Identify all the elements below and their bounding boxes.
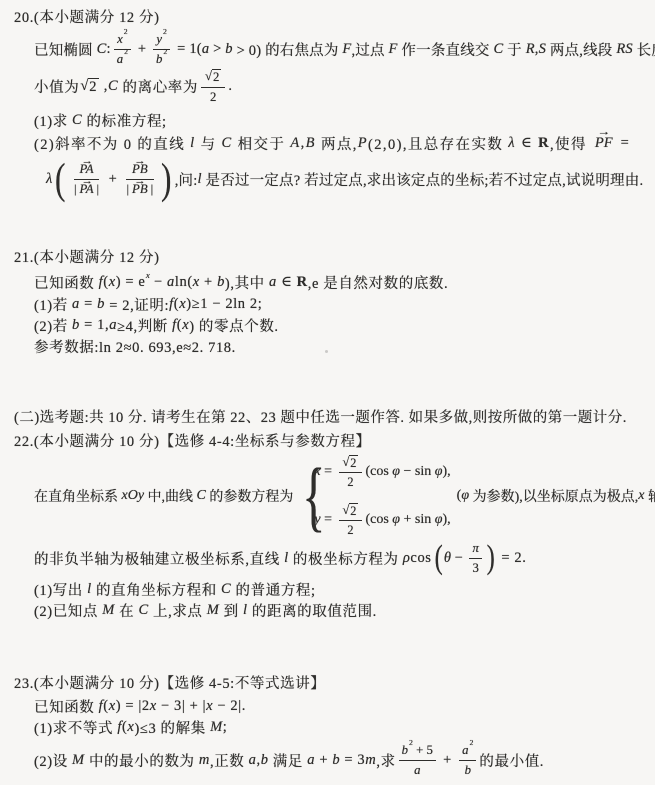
math-variable: C [221, 581, 231, 598]
fraction-denominator: 2 [207, 88, 219, 105]
text-run: 23.(本小题满分 10 分)【选修 4-5:不等式选讲】 [14, 672, 325, 693]
bold-math-symbol: R [538, 135, 550, 152]
text-run: 已知函数 [34, 696, 99, 717]
math-variable: C [493, 41, 503, 58]
math-variable: x [206, 698, 213, 715]
text-run: 20.(本小题满分 12 分) [14, 6, 160, 27]
fraction: π3 [469, 541, 481, 575]
fraction: x2a2 [114, 32, 131, 66]
vector-term: PA [80, 182, 94, 197]
text-run: 在 [115, 600, 139, 621]
parenthesized-group: (PA|PA| + PB|PB|) [53, 159, 173, 200]
text-run: + 5 [413, 743, 433, 758]
text-run: 的极坐标方程为 [289, 548, 403, 569]
text-run: 小值为 [34, 76, 79, 97]
text-run: (1)求不等式 [34, 717, 117, 738]
text-run: 满足 [269, 750, 308, 771]
text-run: 两点, [316, 133, 358, 154]
math-variable: xOy [122, 488, 145, 504]
text-run: 长度的最 [633, 39, 655, 60]
big-paren-icon: ( [434, 542, 442, 574]
fraction: √22 [339, 503, 363, 537]
problem-20-statement-line-1: 已知椭圆 C:x2a2 + y2b2 = 1(a > b > 0) 的右焦点为 … [34, 31, 650, 67]
text-run: 3 [472, 561, 478, 576]
parenthesized-group: (θ − π3) [433, 541, 497, 575]
text-run: (2)斜率不为 0 的直线 [34, 133, 190, 154]
math-variable: φ [461, 488, 469, 504]
fraction: a2b [459, 743, 476, 777]
superscript: 2 [163, 28, 167, 37]
fraction-denominator: 3 [469, 559, 481, 576]
math-variable: φ [435, 512, 443, 528]
text-run: = [80, 296, 97, 313]
math-variable: a [202, 41, 209, 58]
math-variable: a [167, 274, 175, 291]
text-run: 2 [347, 475, 353, 489]
text-run: ,e 是自然对数的底数. [308, 272, 449, 293]
math-variable: B [306, 135, 316, 152]
text-run: 的非负半轴为极轴建立极坐标系,直线 [34, 548, 284, 569]
fraction: PA|PA| [71, 162, 102, 196]
math-variable: M [207, 602, 220, 619]
vector-term: PA [80, 162, 94, 177]
text-run: 的距离的取值范围. [248, 600, 377, 621]
text-run: 21.(本小题满分 12 分) [14, 246, 160, 267]
text-run: )≥1 − 2ln 2; [186, 296, 262, 313]
text-run: 已知函数 [34, 272, 99, 293]
problem-22: 22.(本小题满分 10 分)【选修 4-4:坐标系与参数方程】在直角坐标系 x… [14, 430, 650, 621]
scan-speck [325, 350, 328, 353]
superscript: 2 [163, 48, 167, 57]
fraction-numerator: √2 [201, 69, 225, 88]
problem-21: 21.(本小题满分 12 分)已知函数 f(x) = ex − aln(x + … [14, 246, 650, 357]
fraction-numerator: y2 [153, 32, 170, 50]
text-run: − 2|. [213, 698, 246, 715]
text-run: )≤3 的解集 [134, 717, 210, 738]
cases-row: y = √22(cos φ + sin φ), [314, 503, 450, 537]
math-variable: y [156, 32, 162, 47]
text-run: (cos [365, 512, 392, 528]
text-run: = 1, [80, 317, 109, 334]
radical-sign-icon: √ [80, 78, 88, 95]
text-run: 为参数),以坐标原点为极点, [469, 486, 638, 506]
fraction-numerator: a2 [459, 743, 476, 761]
text-run: (2)若 [34, 315, 72, 336]
power-term: b2 [402, 743, 413, 758]
text-run: 上,求点 [149, 600, 207, 621]
fraction: √22 [201, 69, 225, 104]
fraction-denominator: 2 [344, 473, 356, 489]
text-run: + [105, 171, 120, 188]
math-variable: λ [46, 171, 52, 188]
math-variable: b [156, 52, 162, 67]
text-run: e [138, 274, 144, 291]
math-variable: C [97, 41, 107, 58]
big-paren-icon: ) [161, 159, 171, 200]
big-paren-icon: ) [486, 542, 494, 574]
math-variable: RS [616, 41, 633, 58]
math-variable: π [472, 541, 478, 556]
fraction-numerator: b2 + 5 [399, 743, 436, 761]
radicand: 2 [212, 69, 221, 85]
math-variable: b [332, 752, 340, 769]
problem-20-part-2: (2)斜率不为 0 的直线 l 与 C 相交于 A,B 两点,P(2,0),且总… [34, 131, 650, 155]
text-run: | [74, 182, 77, 197]
text-run: ∈ [277, 274, 297, 291]
problem-21-part-1: (1)若 a = b = 2,证明:f(x)≥1 − 2ln 2; [34, 294, 650, 315]
text-run: + [200, 274, 217, 291]
text-run: 2 [347, 523, 353, 537]
power-term: x2 [117, 32, 128, 47]
math-variable: m [365, 752, 376, 769]
text-run: ∈ [516, 135, 538, 152]
text-run: 22.(本小题满分 10 分)【选修 4-4:坐标系与参数方程】 [14, 430, 371, 451]
fraction-numerator: √2 [339, 503, 363, 521]
text-run: (2,0),且总存在实数 [368, 133, 508, 154]
math-variable: θ [444, 550, 451, 567]
exam-paper-page: 20.(本小题满分 12 分)已知椭圆 C:x2a2 + y2b2 = 1(a … [0, 0, 655, 785]
math-variable: F [389, 41, 398, 58]
math-variable: m [199, 752, 210, 769]
fraction-denominator: |PB| [123, 180, 156, 197]
fraction: PB|PB| [123, 162, 156, 196]
problem-20: 20.(本小题满分 12 分)已知椭圆 C:x2a2 + y2b2 = 1(a … [14, 6, 650, 201]
text-run: > [209, 41, 225, 58]
math-variable: b [402, 743, 408, 758]
math-variable: x [109, 698, 116, 715]
text-run: 的普通方程; [231, 579, 315, 600]
text-run: ,正数 [210, 750, 249, 771]
cases-system: {x = √22(cos φ − sin φ),y = √22(cos φ + … [299, 455, 450, 537]
text-run: 到 [219, 600, 243, 621]
text-run: ,求 [376, 750, 395, 771]
problem-20-part-1: (1)求 C 的标准方程; [34, 110, 650, 131]
text-run: 于 [503, 39, 525, 60]
cases-rows: x = √22(cos φ − sin φ),y = √22(cos φ + s… [314, 455, 450, 537]
math-variable: C [138, 602, 148, 619]
power-term: y2 [156, 32, 167, 47]
fraction-denominator: a [411, 761, 423, 778]
superscript: 2 [124, 28, 128, 37]
text-run: + [439, 752, 456, 769]
problem-21-reference-data: 参考数据:ln 2≈0. 693,e≈2. 718. [34, 336, 650, 357]
cases-brace-icon: { [303, 457, 326, 535]
text-run: 参考数据:ln 2≈0. 693,e≈2. 718. [34, 336, 236, 357]
radical-sign-icon: √ [343, 455, 350, 469]
text-run: ) 的零点个数. [189, 315, 278, 336]
problem-23-part-2: (2)设 M 中的最小的数为 m,正数 a,b 满足 a + b = 3m,求b… [34, 740, 650, 780]
math-variable: b [72, 317, 80, 334]
math-variable: M [210, 719, 223, 736]
fraction-denominator: a2 [114, 50, 131, 67]
radicand: 2 [349, 503, 358, 518]
cases-row: x = √22(cos φ − sin φ), [314, 455, 450, 489]
math-variable: C [197, 488, 206, 504]
text-run: + sin [400, 512, 435, 528]
math-variable: λ [508, 135, 516, 152]
section-2-instructions-line: (二)选考题:共 10 分. 请考生在第 22、23 题中任选一题作答. 如果多… [14, 406, 650, 427]
text-run: 的参数方程为 [206, 486, 294, 506]
text-run: = 2. [497, 550, 526, 567]
text-run: (2)已知点 [34, 600, 102, 621]
math-variable: A [290, 135, 300, 152]
text-run: . [228, 78, 232, 95]
fraction-numerator: x2 [114, 32, 131, 50]
problem-22-part-2: (2)已知点 M 在 C 上,求点 M 到 l 的距离的取值范围. [34, 600, 650, 621]
text-run: (二)选考题:共 10 分. 请考生在第 22、23 题中任选一题作答. 如果多… [14, 406, 627, 427]
text-run: : [107, 41, 111, 58]
fraction: b2 + 5a [399, 743, 436, 777]
math-variable: x [109, 274, 116, 291]
superscript: x [146, 270, 150, 280]
text-run: 中,曲线 [144, 486, 197, 506]
vector-term: PB [132, 162, 148, 177]
math-variable: φ [435, 464, 443, 480]
math-variable: φ [392, 464, 400, 480]
radicand: 2 [349, 455, 358, 470]
problem-22-heading: 22.(本小题满分 10 分)【选修 4-4:坐标系与参数方程】 [14, 430, 650, 451]
text-run: ; [223, 719, 228, 736]
math-variable: C [222, 135, 233, 152]
text-run: > 0) 的右焦点为 [233, 39, 343, 60]
fraction: √22 [339, 455, 363, 489]
problem-22-part-1: (1)写出 l 的直角坐标方程和 C 的普通方程; [34, 579, 650, 600]
text-run: 两点,线段 [546, 39, 616, 60]
problem-23-statement: 已知函数 f(x) = |2x − 3| + |x − 2|. [34, 695, 650, 717]
math-variable: b [225, 41, 232, 58]
text-run: (1)求 [34, 110, 72, 131]
fraction-numerator: π [469, 541, 481, 559]
problem-21-statement: 已知函数 f(x) = ex − aln(x + b),其中 a ∈ R,e 是… [34, 270, 650, 294]
paren-content: PA|PA| + PB|PB| [68, 162, 159, 196]
text-run: ≥4,判断 [117, 315, 172, 336]
text-run: − 3| + | [157, 698, 206, 715]
text-run: − sin [400, 464, 435, 480]
problem-23: 23.(本小题满分 10 分)【选修 4-5:不等式选讲】已知函数 f(x) =… [14, 672, 650, 780]
problem-21-part-2: (2)若 b = 1,a≥4,判断 f(x) 的零点个数. [34, 315, 650, 336]
vector-term: PF [595, 135, 613, 152]
text-run: 在直角坐标系 [34, 486, 122, 506]
power-term: a2 [462, 743, 473, 758]
math-variable: a [462, 743, 468, 758]
text-run: | [126, 182, 129, 197]
text-run: ), [443, 464, 451, 480]
square-root: √2 [343, 455, 359, 470]
radical-sign-icon: √ [205, 69, 212, 84]
text-run: 与 [196, 133, 222, 154]
fraction-denominator: 2 [344, 521, 356, 537]
fraction-numerator: √2 [339, 455, 363, 473]
square-root: √2 [343, 503, 359, 518]
text-run: 是否过一定点? 若过定点,求出该定点的坐标;若不过定点,试说明理由. [202, 169, 644, 190]
math-variable: b [97, 296, 105, 313]
power-term: ex [138, 274, 149, 291]
math-variable: M [72, 752, 85, 769]
text-run: ln( [175, 274, 193, 291]
text-run: 作一条直线交 [398, 39, 494, 60]
math-variable: M [102, 602, 115, 619]
problem-23-heading: 23.(本小题满分 10 分)【选修 4-5:不等式选讲】 [14, 672, 650, 693]
text-run: = 2,证明: [105, 294, 169, 315]
math-variable: a [72, 296, 80, 313]
text-run: ) = |2 [116, 698, 150, 715]
text-run: + [134, 41, 150, 58]
fraction-denominator: |PA| [71, 180, 102, 197]
text-run: − [150, 274, 167, 291]
fraction-denominator: b2 [153, 50, 170, 67]
math-variable: b [261, 752, 269, 769]
power-term: a2 [117, 52, 128, 67]
problem-20-heading: 20.(本小题满分 12 分) [14, 6, 650, 27]
text-run: 的标准方程; [82, 110, 166, 131]
math-variable: R [526, 41, 535, 58]
problem-20-statement-line-2: 小值为√2 ,C 的离心率为√22. [34, 69, 650, 104]
text-run: 轴 [644, 486, 655, 506]
text-run: 的最小值. [479, 750, 544, 771]
math-variable: P [358, 135, 368, 152]
math-variable: C [72, 112, 82, 129]
problem-23-part-1: (1)求不等式 f(x)≤3 的解集 M; [34, 717, 650, 738]
text-run: 已知椭圆 [34, 39, 97, 60]
math-variable: a [269, 274, 277, 291]
superscript: 2 [409, 739, 413, 748]
power-term: b2 [156, 52, 167, 67]
math-variable: b [217, 274, 225, 291]
superscript: 2 [124, 48, 128, 57]
problem-22-polar-line: 的非负半轴为极轴建立极坐标系,直线 l 的极坐标方程为 ρcos(θ − π3)… [34, 539, 650, 577]
fraction-denominator: b [462, 761, 474, 778]
text-run: (2)设 [34, 750, 72, 771]
radicand: 2 [88, 78, 98, 96]
math-variable: C [108, 78, 118, 95]
text-run: 2 [210, 90, 216, 105]
vector-term: PB [132, 182, 148, 197]
text-run: = [616, 135, 631, 152]
math-variable: b [465, 763, 471, 778]
square-root: √2 [80, 78, 98, 96]
radical-sign-icon: √ [343, 503, 350, 517]
text-run: + [315, 752, 332, 769]
text-run: = 3 [340, 752, 365, 769]
bold-math-symbol: R [297, 274, 308, 291]
section-2-instructions: (二)选考题:共 10 分. 请考生在第 22、23 题中任选一题作答. 如果多… [14, 406, 650, 427]
math-variable: x [193, 274, 200, 291]
text-run: ),其中 [225, 272, 269, 293]
text-run: cos [410, 550, 431, 567]
text-run: ,问: [175, 169, 198, 190]
text-run: (1)写出 [34, 579, 87, 600]
text-run: − [451, 550, 466, 567]
math-variable: x [117, 32, 123, 47]
text-run: ), [443, 512, 451, 528]
problem-21-heading: 21.(本小题满分 12 分) [14, 246, 650, 267]
big-paren-icon: ( [56, 159, 66, 200]
text-run: 相交于 [233, 133, 291, 154]
problem-20-part-2-continued: λ(PA|PA| + PB|PB|),问:l 是否过一定点? 若过定点,求出该定… [46, 157, 650, 201]
math-variable: φ [392, 512, 400, 528]
text-run: (1)若 [34, 294, 72, 315]
math-variable: a [414, 763, 420, 778]
square-root: √2 [205, 69, 221, 85]
paren-content: θ − π3 [444, 541, 485, 575]
text-run: 中的最小的数为 [85, 750, 199, 771]
text-run: 的直角坐标方程和 [92, 579, 221, 600]
text-run: 的离心率为 [118, 76, 198, 97]
text-run: | [151, 182, 154, 197]
problem-22-parametric-line: 在直角坐标系 xOy 中,曲线 C 的参数方程为{x = √22(cos φ −… [34, 453, 650, 539]
superscript: 2 [470, 739, 474, 748]
math-variable: a [109, 317, 117, 334]
text-run: , [100, 78, 108, 95]
text-run: | [96, 182, 99, 197]
text-run: = 1( [173, 41, 202, 58]
text-run: ,过点 [351, 39, 388, 60]
math-variable: S [539, 41, 546, 58]
math-variable: a [307, 752, 315, 769]
text-run: ) = [116, 274, 139, 291]
math-variable: x [150, 698, 157, 715]
text-run: ,使得 [550, 133, 592, 154]
math-variable: a [117, 52, 123, 67]
fraction: y2b2 [153, 32, 170, 66]
text-run: (cos [365, 464, 392, 480]
